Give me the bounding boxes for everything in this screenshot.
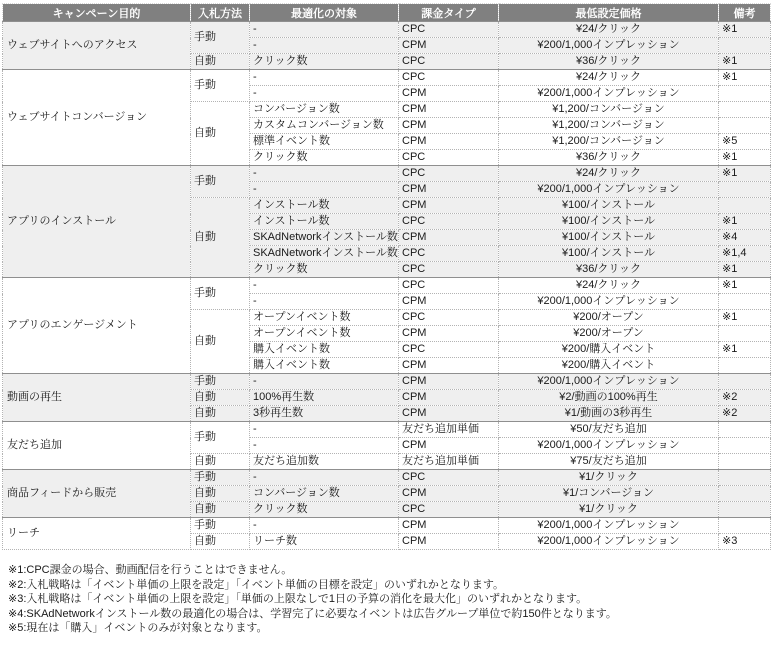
cell-min-price: ¥200/オープン xyxy=(499,326,719,342)
cell-min-price: ¥1/コンバージョン xyxy=(499,486,719,502)
cell-billing-type: CPM xyxy=(399,134,499,150)
cell-note xyxy=(719,198,771,214)
cell-bid-method: 自動 xyxy=(191,534,250,550)
cell-min-price: ¥200/購入イベント xyxy=(499,358,719,374)
cell-optimization-target: - xyxy=(250,38,399,54)
cell-optimization-target: オープンイベント数 xyxy=(250,310,399,326)
cell-billing-type: CPC xyxy=(399,342,499,358)
cell-note xyxy=(719,374,771,390)
cell-min-price: ¥100/インストール xyxy=(499,214,719,230)
cell-min-price: ¥1/動画の3秒再生 xyxy=(499,406,719,422)
footnote-4: ※4:SKAdNetworkインストール数の最適化の場合は、学習完了に必要なイベ… xyxy=(8,607,772,622)
cell-billing-type: 友だち追加単価 xyxy=(399,454,499,470)
cell-bid-method: 自動 xyxy=(191,310,250,374)
cell-billing-type: CPM xyxy=(399,86,499,102)
table-row: ウェブサイトへのアクセス手動-CPC¥24/クリック※1 xyxy=(3,22,771,38)
cell-billing-type: CPC xyxy=(399,54,499,70)
cell-min-price: ¥36/クリック xyxy=(499,262,719,278)
cell-optimization-target: コンバージョン数 xyxy=(250,102,399,118)
cell-note: ※5 xyxy=(719,134,771,150)
cell-min-price: ¥100/インストール xyxy=(499,230,719,246)
cell-bid-method: 自動 xyxy=(191,198,250,278)
cell-optimization-target: - xyxy=(250,294,399,310)
cell-billing-type: CPM xyxy=(399,518,499,534)
column-header-3: 最適化の対象 xyxy=(250,4,399,22)
table-row: アプリのインストール手動-CPC¥24/クリック※1 xyxy=(3,166,771,182)
cell-min-price: ¥200/1,000インプレッション xyxy=(499,38,719,54)
cell-note xyxy=(719,518,771,534)
table-row: 商品フィードから販売手動-CPC¥1/クリック xyxy=(3,470,771,486)
cell-optimization-target: - xyxy=(250,70,399,86)
cell-billing-type: CPM xyxy=(399,374,499,390)
cell-campaign-objective: アプリのエンゲージメント xyxy=(3,278,191,374)
pricing-table: キャンペーン目的入札方法最適化の対象課金タイプ最低設定価格備考 ウェブサイトへの… xyxy=(2,3,771,550)
cell-note: ※2 xyxy=(719,390,771,406)
cell-note: ※1 xyxy=(719,150,771,166)
cell-billing-type: CPM xyxy=(399,118,499,134)
cell-min-price: ¥200/1,000インプレッション xyxy=(499,438,719,454)
column-header-4: 課金タイプ xyxy=(399,4,499,22)
cell-optimization-target: リーチ数 xyxy=(250,534,399,550)
cell-optimization-target: 購入イベント数 xyxy=(250,358,399,374)
cell-campaign-objective: リーチ xyxy=(3,518,191,550)
cell-optimization-target: SKAdNetworkインストール数 xyxy=(250,246,399,262)
footnotes: ※1:CPC課金の場合、動画配信を行うことはできません。※2:入札戦略は「イベン… xyxy=(8,563,772,636)
cell-campaign-objective: ウェブサイトへのアクセス xyxy=(3,22,191,70)
cell-note: ※4 xyxy=(719,230,771,246)
cell-min-price: ¥200/1,000インプレッション xyxy=(499,534,719,550)
cell-billing-type: CPM xyxy=(399,406,499,422)
cell-billing-type: CPM xyxy=(399,534,499,550)
cell-bid-method: 自動 xyxy=(191,102,250,166)
footnote-5: ※5:現在は「購入」イベントのみが対象となります。 xyxy=(8,621,772,636)
cell-min-price: ¥1/クリック xyxy=(499,502,719,518)
cell-optimization-target: - xyxy=(250,438,399,454)
cell-optimization-target: 100%再生数 xyxy=(250,390,399,406)
cell-min-price: ¥24/クリック xyxy=(499,70,719,86)
cell-optimization-target: - xyxy=(250,22,399,38)
cell-note xyxy=(719,118,771,134)
cell-bid-method: 手動 xyxy=(191,278,250,310)
cell-bid-method: 手動 xyxy=(191,422,250,454)
cell-billing-type: CPM xyxy=(399,358,499,374)
cell-optimization-target: クリック数 xyxy=(250,502,399,518)
cell-min-price: ¥2/動画の100%再生 xyxy=(499,390,719,406)
cell-note: ※1 xyxy=(719,262,771,278)
cell-min-price: ¥24/クリック xyxy=(499,278,719,294)
cell-note: ※1 xyxy=(719,278,771,294)
cell-note xyxy=(719,182,771,198)
cell-min-price: ¥50/友だち追加 xyxy=(499,422,719,438)
cell-note xyxy=(719,438,771,454)
cell-billing-type: CPM xyxy=(399,438,499,454)
cell-min-price: ¥1/クリック xyxy=(499,470,719,486)
footnote-1: ※1:CPC課金の場合、動画配信を行うことはできません。 xyxy=(8,563,772,578)
cell-billing-type: CPC xyxy=(399,310,499,326)
cell-optimization-target: - xyxy=(250,166,399,182)
cell-billing-type: CPC xyxy=(399,262,499,278)
cell-min-price: ¥36/クリック xyxy=(499,54,719,70)
cell-min-price: ¥100/インストール xyxy=(499,198,719,214)
cell-campaign-objective: アプリのインストール xyxy=(3,166,191,278)
column-header-5: 最低設定価格 xyxy=(499,4,719,22)
table-row: ウェブサイトコンバージョン手動-CPC¥24/クリック※1 xyxy=(3,70,771,86)
cell-note xyxy=(719,486,771,502)
cell-min-price: ¥1,200/コンバージョン xyxy=(499,102,719,118)
cell-optimization-target: コンバージョン数 xyxy=(250,486,399,502)
cell-note xyxy=(719,86,771,102)
cell-billing-type: CPM xyxy=(399,486,499,502)
cell-optimization-target: - xyxy=(250,86,399,102)
cell-optimization-target: オープンイベント数 xyxy=(250,326,399,342)
cell-bid-method: 手動 xyxy=(191,470,250,486)
cell-optimization-target: - xyxy=(250,182,399,198)
cell-billing-type: CPM xyxy=(399,230,499,246)
cell-optimization-target: - xyxy=(250,470,399,486)
cell-note xyxy=(719,422,771,438)
cell-optimization-target: - xyxy=(250,278,399,294)
cell-min-price: ¥200/1,000インプレッション xyxy=(499,374,719,390)
cell-note xyxy=(719,502,771,518)
cell-billing-type: CPM xyxy=(399,38,499,54)
cell-bid-method: 手動 xyxy=(191,166,250,198)
cell-note: ※1 xyxy=(719,342,771,358)
cell-bid-method: 自動 xyxy=(191,486,250,502)
cell-billing-type: CPM xyxy=(399,182,499,198)
cell-note: ※1 xyxy=(719,310,771,326)
table-header-row: キャンペーン目的入札方法最適化の対象課金タイプ最低設定価格備考 xyxy=(3,4,771,22)
cell-min-price: ¥36/クリック xyxy=(499,150,719,166)
cell-note xyxy=(719,102,771,118)
footnote-2: ※2:入札戦略は「イベント単価の上限を設定」「イベント単価の目標を設定」のいずれ… xyxy=(8,578,772,593)
cell-note xyxy=(719,294,771,310)
cell-note: ※1 xyxy=(719,70,771,86)
cell-billing-type: CPM xyxy=(399,326,499,342)
cell-min-price: ¥200/1,000インプレッション xyxy=(499,86,719,102)
column-header-6: 備考 xyxy=(719,4,771,22)
cell-billing-type: CPM xyxy=(399,198,499,214)
cell-note: ※1 xyxy=(719,214,771,230)
cell-optimization-target: - xyxy=(250,374,399,390)
cell-note: ※1 xyxy=(719,54,771,70)
cell-bid-method: 手動 xyxy=(191,374,250,390)
cell-min-price: ¥75/友だち追加 xyxy=(499,454,719,470)
cell-min-price: ¥200/1,000インプレッション xyxy=(499,518,719,534)
cell-campaign-objective: 商品フィードから販売 xyxy=(3,470,191,518)
cell-billing-type: CPC xyxy=(399,246,499,262)
table-row: 友だち追加手動-友だち追加単価¥50/友だち追加 xyxy=(3,422,771,438)
cell-optimization-target: 標準イベント数 xyxy=(250,134,399,150)
cell-campaign-objective: ウェブサイトコンバージョン xyxy=(3,70,191,166)
cell-billing-type: CPC xyxy=(399,22,499,38)
table-row: リーチ手動-CPM¥200/1,000インプレッション xyxy=(3,518,771,534)
cell-min-price: ¥100/インストール xyxy=(499,246,719,262)
cell-bid-method: 自動 xyxy=(191,390,250,406)
cell-billing-type: CPM xyxy=(399,390,499,406)
cell-note xyxy=(719,326,771,342)
cell-bid-method: 自動 xyxy=(191,454,250,470)
cell-note xyxy=(719,454,771,470)
cell-billing-type: CPC xyxy=(399,278,499,294)
cell-optimization-target: SKAdNetworkインストール数 xyxy=(250,230,399,246)
cell-note: ※2 xyxy=(719,406,771,422)
cell-bid-method: 自動 xyxy=(191,54,250,70)
cell-note xyxy=(719,358,771,374)
footnote-3: ※3:入札戦略は「イベント単価の上限を設定」「単価の上限なしで1日の予算の消化を… xyxy=(8,592,772,607)
cell-min-price: ¥24/クリック xyxy=(499,166,719,182)
cell-min-price: ¥200/購入イベント xyxy=(499,342,719,358)
cell-billing-type: 友だち追加単価 xyxy=(399,422,499,438)
cell-note xyxy=(719,38,771,54)
cell-note: ※1,4 xyxy=(719,246,771,262)
cell-billing-type: CPM xyxy=(399,102,499,118)
column-header-1: キャンペーン目的 xyxy=(3,4,191,22)
cell-min-price: ¥200/1,000インプレッション xyxy=(499,182,719,198)
table-row: アプリのエンゲージメント手動-CPC¥24/クリック※1 xyxy=(3,278,771,294)
cell-optimization-target: カスタムコンバージョン数 xyxy=(250,118,399,134)
column-header-2: 入札方法 xyxy=(191,4,250,22)
cell-optimization-target: - xyxy=(250,422,399,438)
cell-billing-type: CPC xyxy=(399,502,499,518)
cell-optimization-target: 3秒再生数 xyxy=(250,406,399,422)
cell-optimization-target: 購入イベント数 xyxy=(250,342,399,358)
cell-campaign-objective: 動画の再生 xyxy=(3,374,191,422)
table-row: 動画の再生手動-CPM¥200/1,000インプレッション xyxy=(3,374,771,390)
cell-optimization-target: クリック数 xyxy=(250,262,399,278)
cell-note xyxy=(719,470,771,486)
cell-bid-method: 自動 xyxy=(191,406,250,422)
cell-note: ※3 xyxy=(719,534,771,550)
cell-note: ※1 xyxy=(719,166,771,182)
cell-optimization-target: クリック数 xyxy=(250,54,399,70)
cell-optimization-target: クリック数 xyxy=(250,150,399,166)
cell-bid-method: 手動 xyxy=(191,518,250,534)
cell-min-price: ¥200/オープン xyxy=(499,310,719,326)
cell-optimization-target: - xyxy=(250,518,399,534)
cell-billing-type: CPC xyxy=(399,150,499,166)
cell-min-price: ¥1,200/コンバージョン xyxy=(499,134,719,150)
cell-billing-type: CPC xyxy=(399,470,499,486)
cell-optimization-target: 友だち追加数 xyxy=(250,454,399,470)
cell-billing-type: CPC xyxy=(399,214,499,230)
cell-min-price: ¥1,200/コンバージョン xyxy=(499,118,719,134)
cell-note: ※1 xyxy=(719,22,771,38)
cell-billing-type: CPM xyxy=(399,294,499,310)
cell-bid-method: 手動 xyxy=(191,70,250,102)
cell-optimization-target: インストール数 xyxy=(250,214,399,230)
cell-billing-type: CPC xyxy=(399,166,499,182)
cell-optimization-target: インストール数 xyxy=(250,198,399,214)
cell-min-price: ¥200/1,000インプレッション xyxy=(499,294,719,310)
cell-bid-method: 手動 xyxy=(191,22,250,54)
cell-billing-type: CPC xyxy=(399,70,499,86)
cell-min-price: ¥24/クリック xyxy=(499,22,719,38)
cell-campaign-objective: 友だち追加 xyxy=(3,422,191,470)
cell-bid-method: 自動 xyxy=(191,502,250,518)
